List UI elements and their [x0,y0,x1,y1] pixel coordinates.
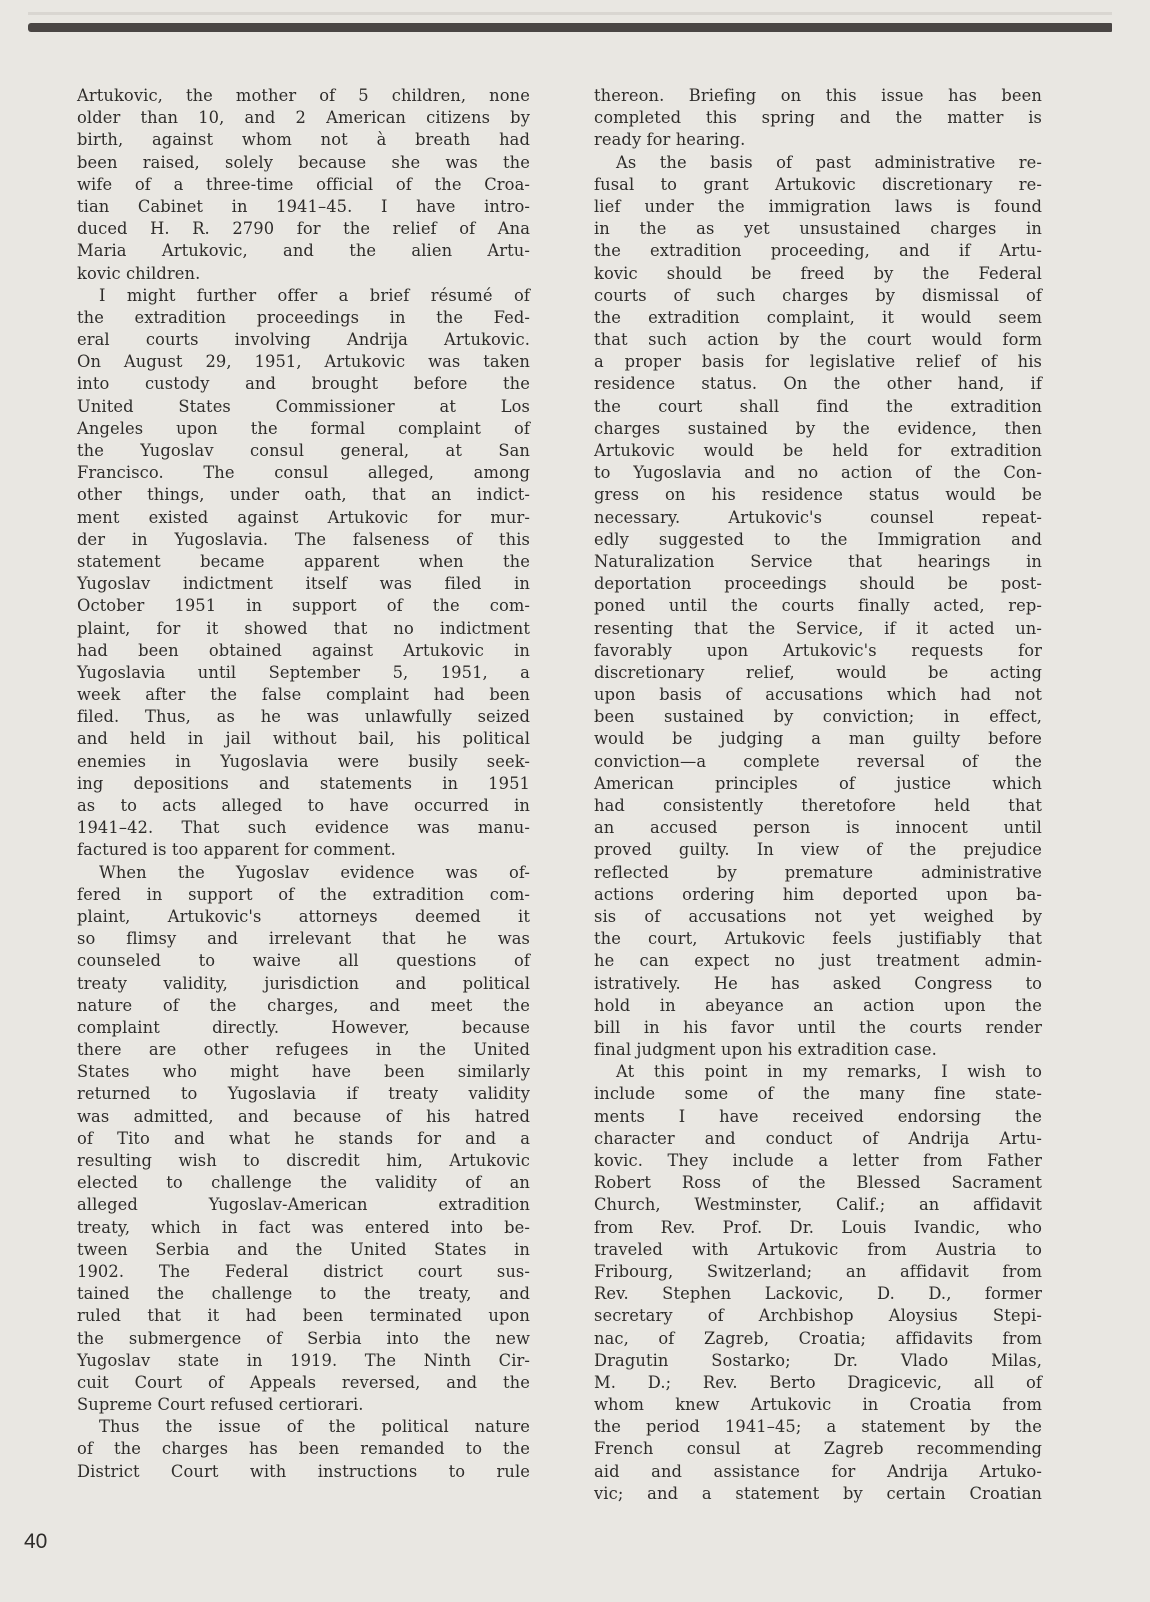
text-line: Artukovic would be held for extradition [594,440,1042,462]
text-line: plaint, Artukovic's attorneys deemed it [77,906,530,928]
text-line: the Yugoslav consul general, at San [77,440,530,462]
text-line: enemies in Yugoslavia were busily seek- [77,751,530,773]
text-line: On August 29, 1951, Artukovic was taken [77,351,530,373]
text-line: District Court with instructions to rule [77,1461,530,1483]
text-line: United States Commissioner at Los [77,396,530,418]
text-line: the extradition proceeding, and if Artu- [594,240,1042,262]
text-line: Rev. Stephen Lackovic, D. D., former [594,1283,1042,1305]
text-line: Dragutin Sostarko; Dr. Vlado Milas, [594,1350,1042,1372]
text-line: the period 1941–45; a statement by the [594,1416,1042,1438]
text-line: poned until the courts finally acted, re… [594,595,1042,617]
text-line: ruled that it had been terminated upon [77,1305,530,1327]
text-line: Francisco. The consul alleged, among [77,462,530,484]
text-line: necessary. Artukovic's counsel repeat- [594,507,1042,529]
text-line: other things, under oath, that an indict… [77,484,530,506]
text-line: States who might have been similarly [77,1061,530,1083]
text-line: character and conduct of Andrija Artu- [594,1128,1042,1150]
text-line: When the Yugoslav evidence was of- [77,862,530,884]
text-line: alleged Yugoslav-American extradition [77,1194,530,1216]
text-line: the submergence of Serbia into the new [77,1328,530,1350]
text-line: the extradition proceedings in the Fed- [77,307,530,329]
text-line: statement became apparent when the [77,551,530,573]
text-line: kovic should be freed by the Federal [594,263,1042,285]
text-line: the court, Artukovic feels justifiably t… [594,928,1042,950]
text-line: ment existed against Artukovic for mur- [77,507,530,529]
text-line: wife of a three-time official of the Cro… [77,174,530,196]
text-line: the court shall find the extradition [594,396,1042,418]
text-line: to Yugoslavia and no action of the Con- [594,462,1042,484]
text-line: American principles of justice which [594,773,1042,795]
text-line: thereon. Briefing on this issue has been [594,85,1042,107]
text-line: from Rev. Prof. Dr. Louis Ivandic, who [594,1217,1042,1239]
text-line: there are other refugees in the United [77,1039,530,1061]
text-line: as to acts alleged to have occurred in [77,795,530,817]
text-line: treaty, which in fact was entered into b… [77,1217,530,1239]
text-line: actions ordering him deported upon ba- [594,884,1042,906]
text-line: been sustained by conviction; in effect, [594,706,1042,728]
text-line: courts of such charges by dismissal of [594,285,1042,307]
text-line: factured is too apparent for comment. [77,839,530,861]
text-line: As the basis of past administrative re- [594,152,1042,174]
text-line: Angeles upon the formal complaint of [77,418,530,440]
text-line: plaint, for it showed that no indictment [77,618,530,640]
text-line: 1902. The Federal district court sus- [77,1261,530,1283]
text-line: been raised, solely because she was the [77,152,530,174]
text-line: Yugoslavia until September 5, 1951, a [77,662,530,684]
text-line: in the as yet unsustained charges in [594,218,1042,240]
text-line: conviction—a complete reversal of the [594,751,1042,773]
text-line: resenting that the Service, if it acted … [594,618,1042,640]
text-line: and held in jail without bail, his polit… [77,728,530,750]
text-line: that such action by the court would form [594,329,1042,351]
top-rule [28,23,1112,32]
text-line: ing depositions and statements in 1951 [77,773,530,795]
text-line: duced H. R. 2790 for the relief of Ana [77,218,530,240]
text-line: completed this spring and the matter is [594,107,1042,129]
text-line: tween Serbia and the United States in [77,1239,530,1261]
text-line: counseled to waive all questions of [77,950,530,972]
text-line: gress on his residence status would be [594,484,1042,506]
text-line: der in Yugoslavia. The falseness of this [77,529,530,551]
text-line: tian Cabinet in 1941–45. I have intro- [77,196,530,218]
text-line: nac, of Zagreb, Croatia; affidavits from [594,1328,1042,1350]
text-line: reflected by premature administrative [594,862,1042,884]
text-line: ready for hearing. [594,129,1042,151]
text-line: Fribourg, Switzerland; an affidavit from [594,1261,1042,1283]
text-line: Church, Westminster, Calif.; an affidavi… [594,1194,1042,1216]
text-line: Thus the issue of the political nature [77,1416,530,1438]
right-column: thereon. Briefing on this issue has been… [594,85,1042,1505]
text-line: secretary of Archbishop Aloysius Stepi- [594,1305,1042,1327]
text-line: charges sustained by the evidence, then [594,418,1042,440]
text-line: would be judging a man guilty before [594,728,1042,750]
text-line: whom knew Artukovic in Croatia from [594,1394,1042,1416]
text-line: istratively. He has asked Congress to [594,973,1042,995]
text-line: fusal to grant Artukovic discretionary r… [594,174,1042,196]
text-line: kovic. They include a letter from Father [594,1150,1042,1172]
text-line: treaty validity, jurisdiction and politi… [77,973,530,995]
text-line: week after the false complaint had been [77,684,530,706]
text-line: lief under the immigration laws is found [594,196,1042,218]
text-line: filed. Thus, as he was unlawfully seized [77,706,530,728]
text-line: cuit Court of Appeals reversed, and the [77,1372,530,1394]
text-line: final judgment upon his extradition case… [594,1039,1042,1061]
text-line: was admitted, and because of his hatred [77,1106,530,1128]
text-line: I might further offer a brief résumé of [77,285,530,307]
text-line: elected to challenge the validity of an [77,1172,530,1194]
text-line: upon basis of accusations which had not [594,684,1042,706]
text-line: Maria Artukovic, and the alien Artu- [77,240,530,262]
text-line: French consul at Zagreb recommending [594,1438,1042,1460]
text-line: Artukovic, the mother of 5 children, non… [77,85,530,107]
text-line: Robert Ross of the Blessed Sacrament [594,1172,1042,1194]
text-line: residence status. On the other hand, if [594,373,1042,395]
text-line: kovic children. [77,263,530,285]
text-line: birth, against whom not à breath had [77,129,530,151]
text-line: Naturalization Service that hearings in [594,551,1042,573]
text-line: traveled with Artukovic from Austria to [594,1239,1042,1261]
text-line: bill in his favor until the courts rende… [594,1017,1042,1039]
text-line: into custody and brought before the [77,373,530,395]
text-line: eral courts involving Andrija Artukovic. [77,329,530,351]
text-line: of Tito and what he stands for and a [77,1128,530,1150]
text-line: At this point in my remarks, I wish to [594,1061,1042,1083]
text-line: include some of the many fine state- [594,1083,1042,1105]
text-line: October 1951 in support of the com- [77,595,530,617]
text-line: a proper basis for legislative relief of… [594,351,1042,373]
text-line: 1941–42. That such evidence was manu- [77,817,530,839]
text-line: M. D.; Rev. Berto Dragicevic, all of [594,1372,1042,1394]
left-column: Artukovic, the mother of 5 children, non… [77,85,530,1483]
text-line: sis of accusations not yet weighed by [594,906,1042,928]
text-line: Supreme Court refused certiorari. [77,1394,530,1416]
text-line: had consistently theretofore held that [594,795,1042,817]
text-line: returned to Yugoslavia if treaty validit… [77,1083,530,1105]
text-line: older than 10, and 2 American citizens b… [77,107,530,129]
text-line: the extradition complaint, it would seem [594,307,1042,329]
text-line: had been obtained against Artukovic in [77,640,530,662]
text-line: favorably upon Artukovic's requests for [594,640,1042,662]
text-line: aid and assistance for Andrija Artuko- [594,1461,1042,1483]
text-line: an accused person is innocent until [594,817,1042,839]
text-line: hold in abeyance an action upon the [594,995,1042,1017]
top-rule-faint [28,12,1112,15]
text-line: discretionary relief, would be acting [594,662,1042,684]
text-line: he can expect no just treatment admin- [594,950,1042,972]
text-line: tained the challenge to the treaty, and [77,1283,530,1305]
text-line: ments I have received endorsing the [594,1106,1042,1128]
text-line: of the charges has been remanded to the [77,1438,530,1460]
text-line: nature of the charges, and meet the [77,995,530,1017]
text-line: resulting wish to discredit him, Artukov… [77,1150,530,1172]
page-number: 40 [24,1530,47,1554]
text-line: so flimsy and irrelevant that he was [77,928,530,950]
text-line: complaint directly. However, because [77,1017,530,1039]
text-line: fered in support of the extradition com- [77,884,530,906]
text-line: proved guilty. In view of the prejudice [594,839,1042,861]
text-line: vic; and a statement by certain Croatian [594,1483,1042,1505]
text-line: deportation proceedings should be post- [594,573,1042,595]
text-line: Yugoslav indictment itself was filed in [77,573,530,595]
text-line: edly suggested to the Immigration and [594,529,1042,551]
text-line: Yugoslav state in 1919. The Ninth Cir- [77,1350,530,1372]
